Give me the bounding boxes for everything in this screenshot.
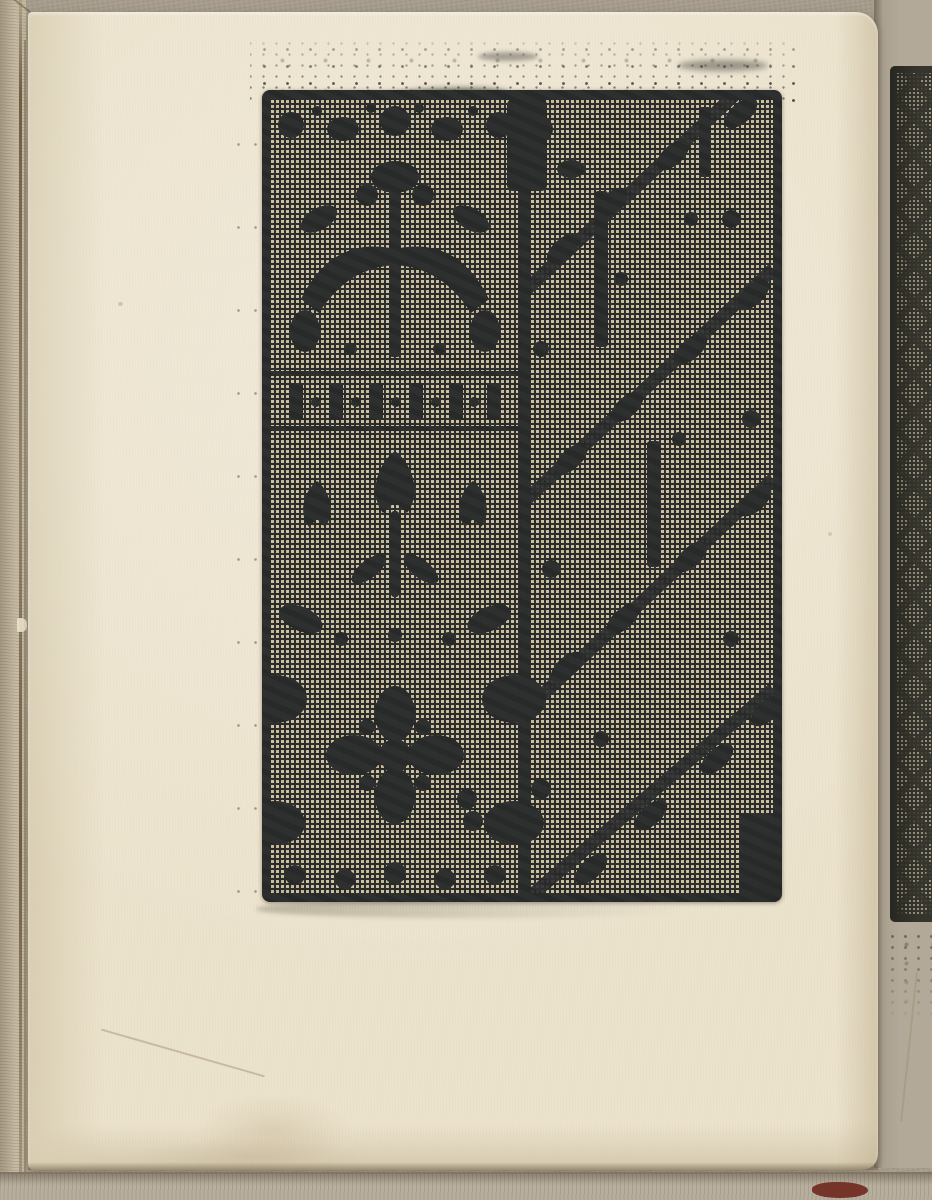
binding-fold-line: [24, 40, 26, 1180]
foxing-spot: [828, 532, 832, 536]
next-page-ink-speckles: [884, 928, 932, 1018]
stitch-grid-ground: [271, 99, 773, 893]
ink-smear: [678, 60, 768, 71]
foxing-spot: [118, 302, 123, 306]
binding-fold-line: [19, 0, 22, 1200]
next-page-edge: [874, 0, 932, 1168]
ink-wear-overlay: [262, 90, 782, 902]
pattern-plate: [262, 90, 782, 902]
cover-corner-crease: [11, 0, 67, 41]
vellum-binding-strip: [0, 0, 26, 1200]
damp-stain: [88, 1132, 408, 1182]
page-crease: [101, 1029, 265, 1078]
binding-tear-notch: [17, 618, 27, 632]
ink-smear: [478, 52, 538, 61]
next-page-shadow: [890, 66, 932, 922]
page-bottom-edge: [28, 1162, 878, 1170]
red-stained-edge: [812, 1182, 868, 1198]
panel-divider: [507, 99, 547, 893]
next-page-pattern-plate: [890, 66, 932, 922]
left-panel-motifs: [271, 103, 546, 889]
book-page: [28, 12, 878, 1170]
next-page-diamond-motifs: [897, 73, 932, 914]
page-gap-shadow: [874, 0, 883, 1168]
margin-ink-specks: [224, 92, 264, 932]
tail-page-edges: [0, 1172, 932, 1200]
right-panel-motifs: [527, 99, 773, 893]
page-crease: [900, 972, 918, 1121]
next-page-stitch-grid: [897, 73, 932, 914]
ink-smear: [388, 86, 508, 105]
ink-offset-smudges: [250, 36, 795, 104]
impression-smear: [256, 900, 686, 918]
plate-motifs: [271, 99, 773, 893]
damp-stain: [668, 612, 808, 772]
book-photograph: [0, 0, 932, 1200]
damp-stain: [168, 1082, 378, 1177]
